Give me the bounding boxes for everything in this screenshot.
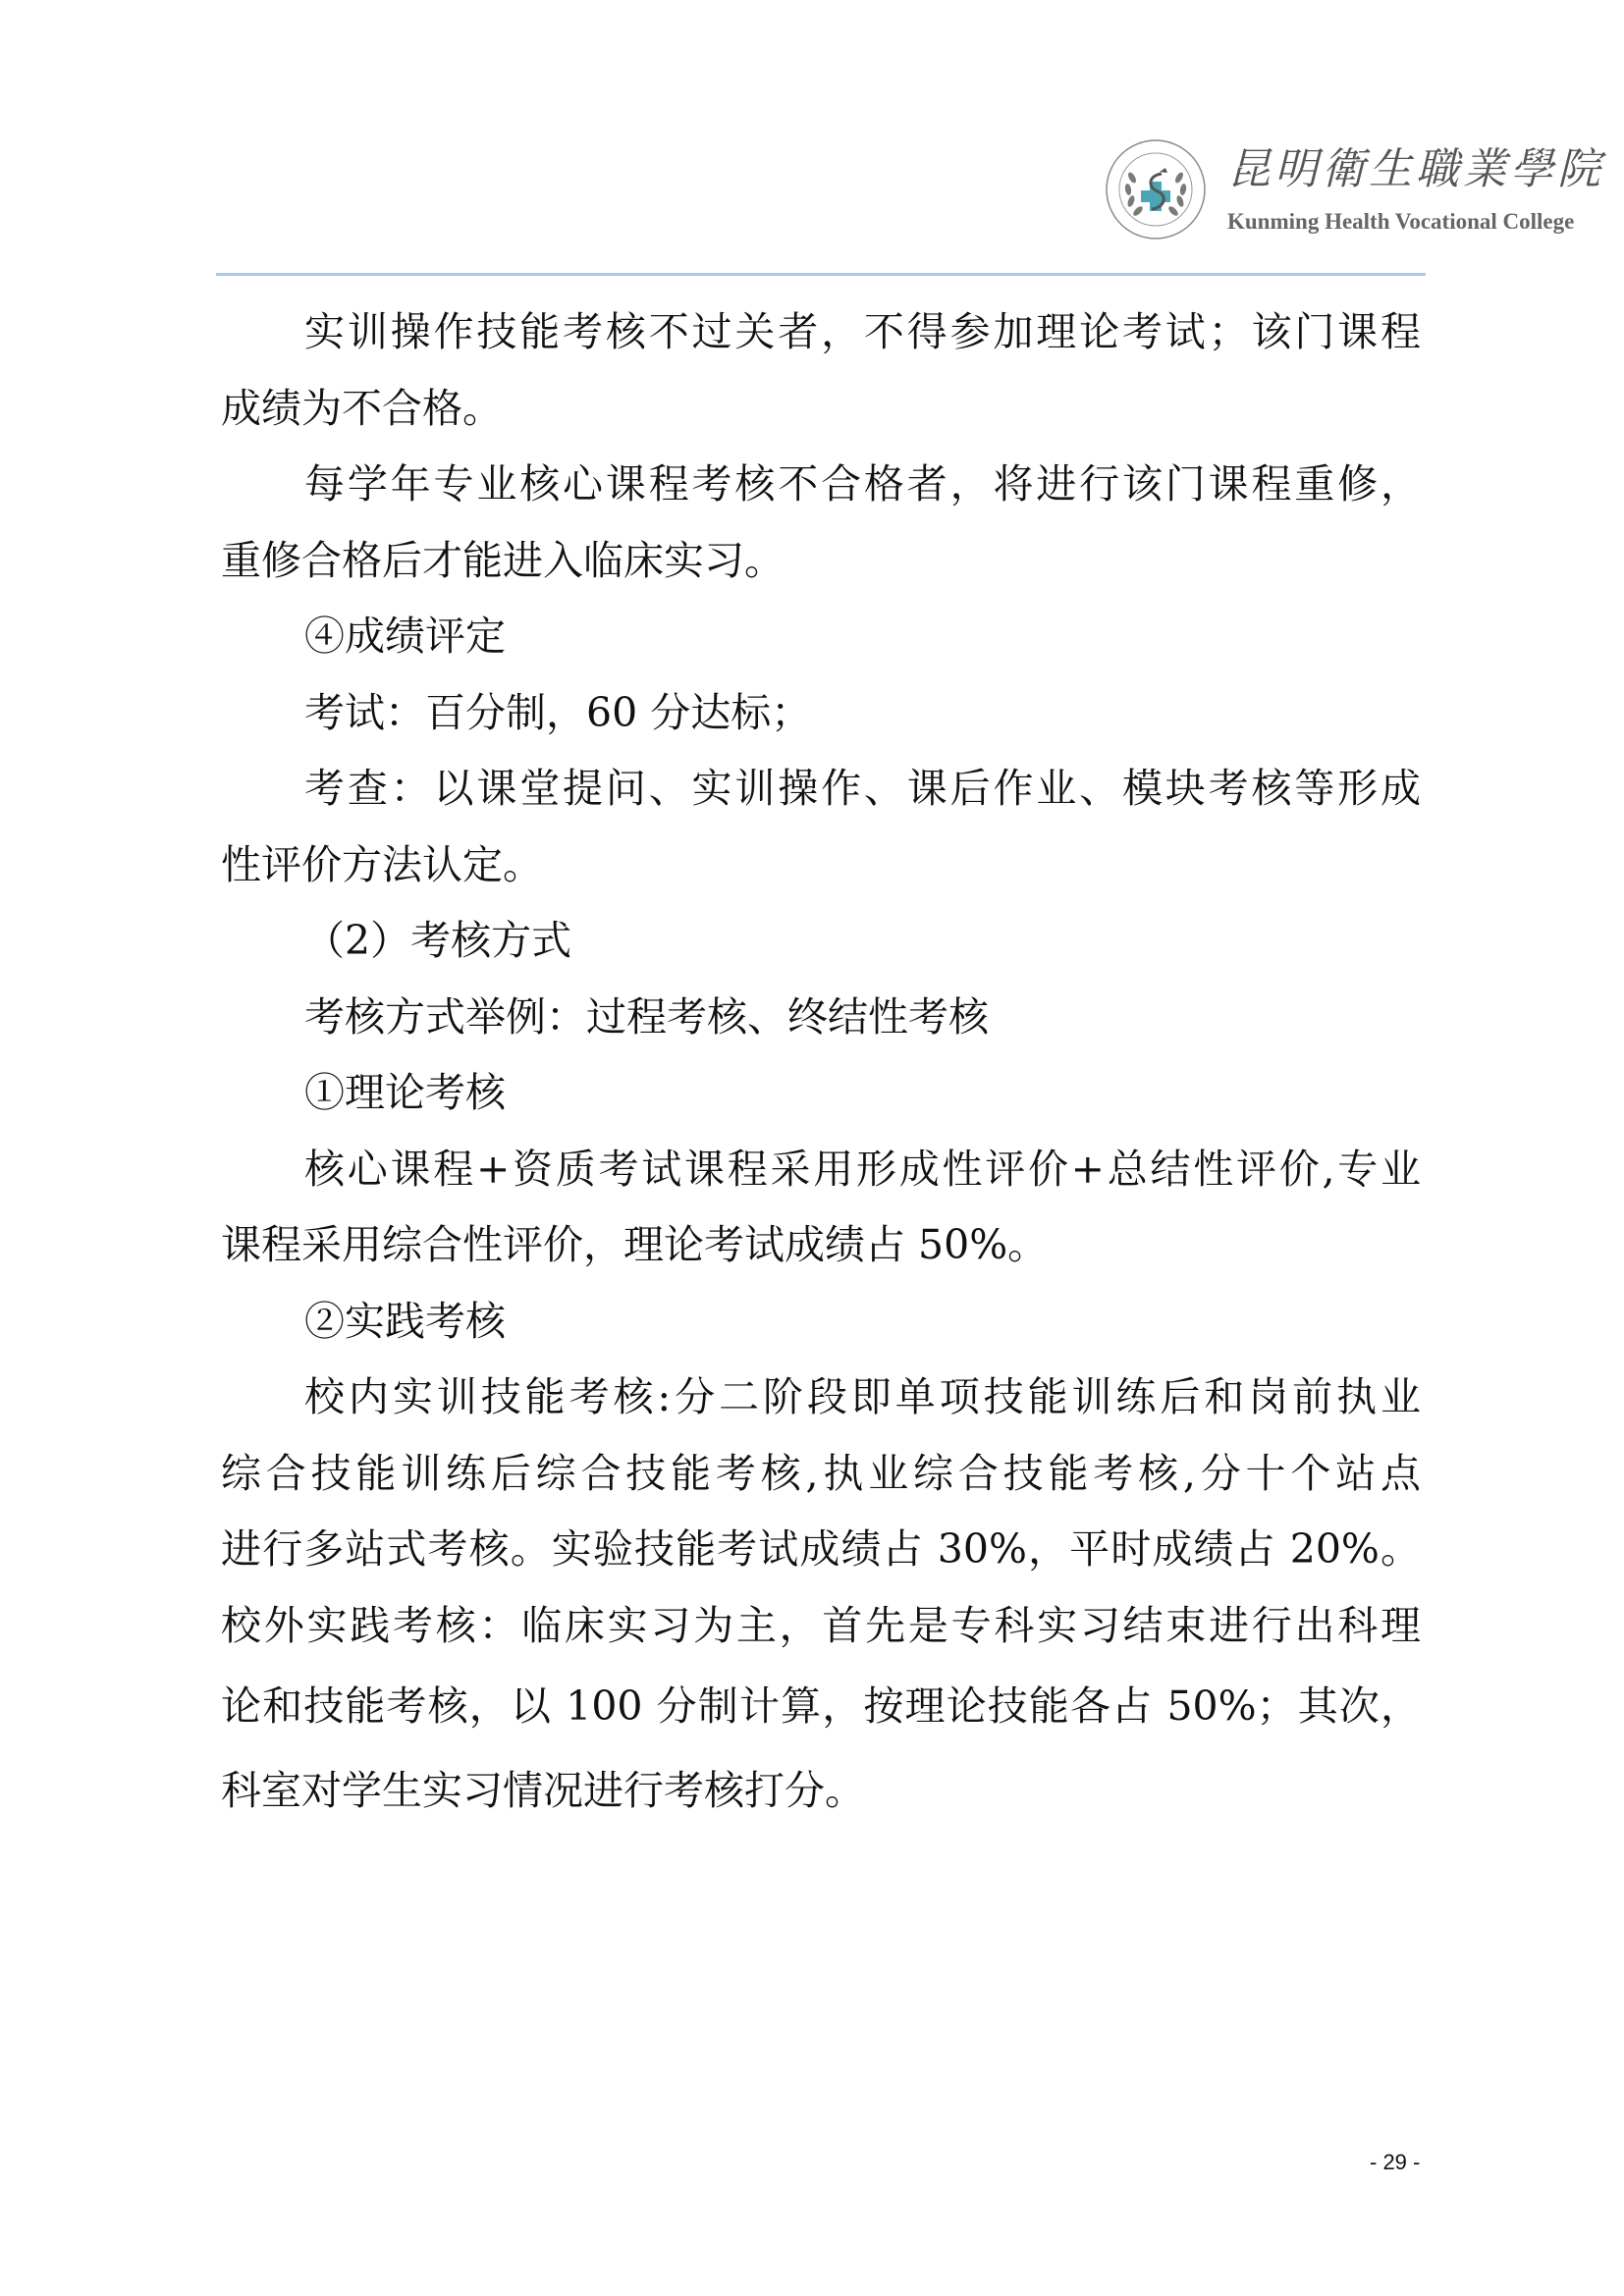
page-header: 昆明衛生職業學院 Kunming Health Vocational Colle… [0, 0, 1624, 285]
paragraph-line: 校内实训技能考核:分二阶段即单项技能训练后和岗前执业 [221, 1360, 1421, 1436]
header-divider [216, 273, 1426, 276]
college-seal-icon [1105, 138, 1207, 240]
document-body: 实训操作技能考核不过关者，不得参加理论考试；该门课程 成绩为不合格。 每学年专业… [221, 294, 1421, 1833]
paragraph-line: 实训操作技能考核不过关者，不得参加理论考试；该门课程 [221, 294, 1421, 371]
section-heading: ②实践考核 [221, 1284, 1421, 1361]
paragraph-line: 进行多站式考核。实验技能考试成绩占 30%，平时成绩占 20%。 [221, 1512, 1421, 1588]
page-number: - 29 - [1370, 2150, 1420, 2175]
paragraph-line: 重修合格后才能进入临床实习。 [221, 523, 1421, 600]
section-heading: （2）考核方式 [221, 903, 1421, 980]
paragraph-line: 论和技能考核，以 100 分制计算，按理论技能各占 50%；其次， [221, 1664, 1421, 1748]
section-heading: ①理论考核 [221, 1055, 1421, 1132]
paragraph-line: 成绩为不合格。 [221, 371, 1421, 448]
paragraph-line: 考试：百分制，60 分达标； [221, 675, 1421, 752]
paragraph-line: 课程采用综合性评价，理论考试成绩占 50%。 [221, 1207, 1421, 1284]
college-name-chinese: 昆明衛生職業學院 [1227, 145, 1604, 194]
paragraph-line: 考查：以课堂提问、实训操作、课后作业、模块考核等形成 [221, 751, 1421, 828]
paragraph-line: 性评价方法认定。 [221, 828, 1421, 904]
paragraph-line: 校外实践考核：临床实习为主，首先是专科实习结束进行出科理 [221, 1588, 1421, 1665]
college-name-english: Kunming Health Vocational College [1227, 208, 1574, 236]
paragraph-line: 考核方式举例：过程考核、终结性考核 [221, 980, 1421, 1056]
section-heading: ④成绩评定 [221, 599, 1421, 675]
paragraph-line: 综合技能训练后综合技能考核,执业综合技能考核,分十个站点 [221, 1436, 1421, 1513]
paragraph-line: 科室对学生实习情况进行考核打分。 [221, 1748, 1421, 1833]
paragraph-line: 核心课程+资质考试课程采用形成性评价+总结性评价,专业 [221, 1132, 1421, 1208]
paragraph-line: 每学年专业核心课程考核不合格者，将进行该门课程重修， [221, 447, 1421, 523]
